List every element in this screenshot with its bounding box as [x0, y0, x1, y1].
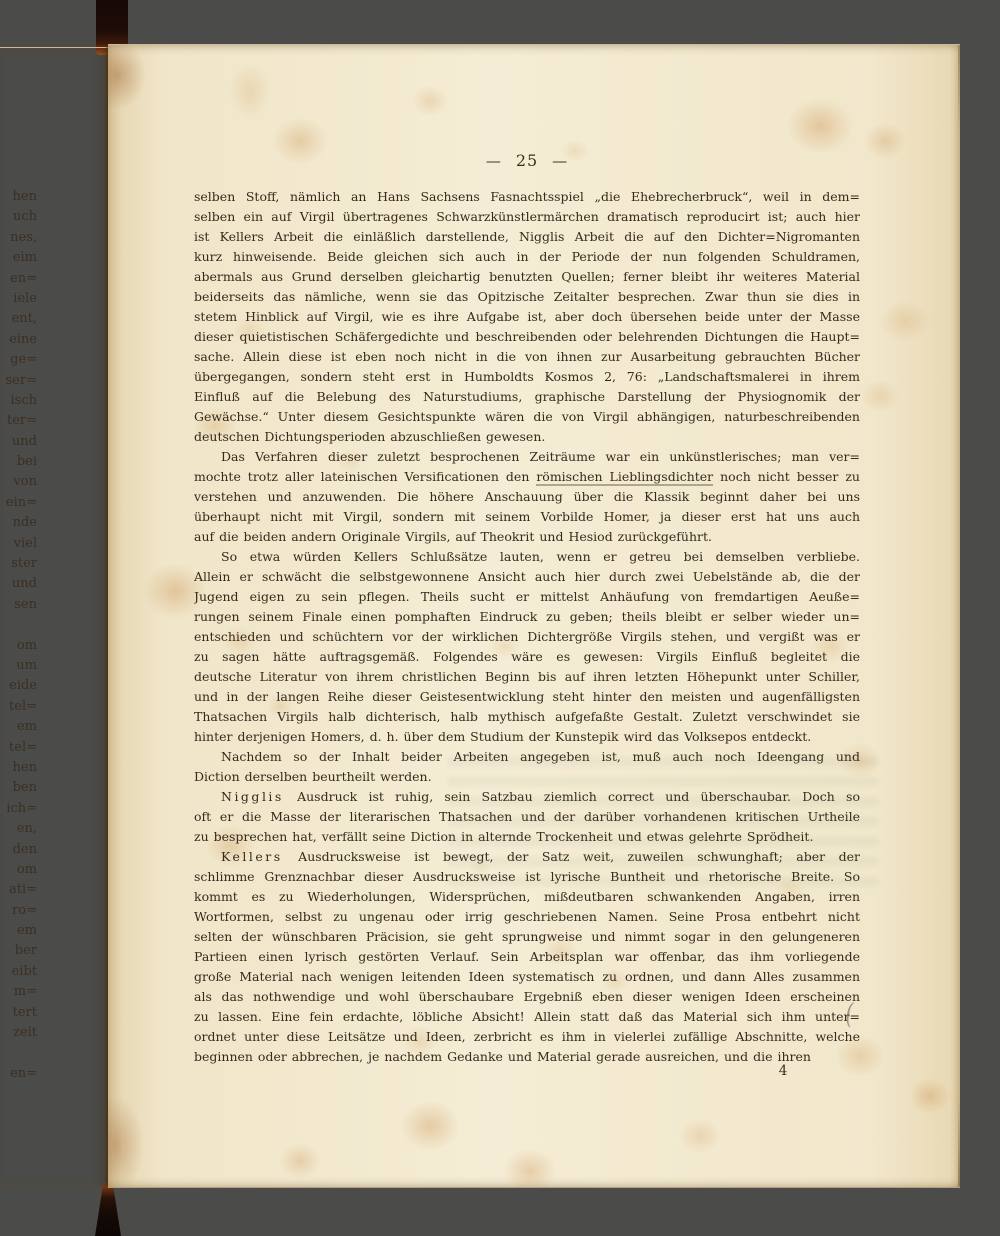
- text-line: Thatsachen Virgils halb dichterisch, hal…: [194, 707, 860, 727]
- text-segment: oft er die Masse der literarischen Thats…: [194, 809, 860, 824]
- book-page: —25— selben Stoff, nämlich an Hans Sachs…: [108, 44, 960, 1188]
- text-segment: Das Verfahren dieser zuletzt besprochene…: [221, 449, 860, 464]
- text-line: Allein er schwächt die selbstgewonnene A…: [194, 567, 860, 587]
- text-line: selten der wünschbaren Präcision, sie ge…: [194, 927, 860, 947]
- text-line: schlimme Grenznachbar dieser Ausdruckswe…: [194, 867, 860, 887]
- facing-page-fragment-line: m=: [0, 982, 37, 1002]
- text-line: hinter derjenigen Homers, d. h. über dem…: [194, 727, 860, 747]
- text-line: Wortformen, selbst zu ungenau oder irrig…: [194, 907, 860, 927]
- book-spine-bottom: [95, 1183, 121, 1236]
- facing-page-fragment-line: en,: [0, 819, 37, 839]
- text-line: Gewächse.“ Unter diesem Gesichtspunkte w…: [194, 407, 860, 427]
- text-segment: entschieden und schüchtern vor der wirkl…: [194, 629, 860, 644]
- text-segment: rungen seinem Finale einen pomphaften Ei…: [194, 609, 860, 624]
- text-segment: Nigglis: [221, 789, 286, 804]
- text-segment: zu besprechen hat, verfällt seine Dictio…: [194, 829, 813, 844]
- text-segment: noch nicht besser zu: [713, 469, 860, 484]
- facing-page-fragment-line: eide: [0, 676, 37, 696]
- text-segment: zu lassen. Eine fein erdachte, löbliche …: [194, 1009, 860, 1024]
- text-line: stetem Hinblick auf Virgil, wie es ihre …: [194, 307, 860, 327]
- header-dash-left: —: [486, 152, 502, 170]
- facing-page-fragment-line: und: [0, 574, 37, 594]
- facing-page-fragment-line: ben: [0, 778, 37, 798]
- facing-page-fragment-line: tel=: [0, 738, 37, 758]
- text-block: selben Stoff, nämlich an Hans Sachsens F…: [194, 187, 860, 1067]
- signature-mark: 4: [768, 1063, 798, 1079]
- facing-page-fragment-line: um: [0, 656, 37, 676]
- text-segment: Jugend eigen zu sein pflegen. Theils suc…: [194, 589, 860, 604]
- text-line: beiderseits das nämliche, wenn sie das O…: [194, 287, 860, 307]
- text-line: selben Stoff, nämlich an Hans Sachsens F…: [194, 187, 860, 207]
- text-segment: Partieen einen lyrisch gestörten Verlauf…: [194, 949, 860, 964]
- text-line: verstehen und anzuwenden. Die höhere Ans…: [194, 487, 860, 507]
- facing-page-fragment-line: [0, 615, 37, 635]
- text-segment: Thatsachen Virgils halb dichterisch, hal…: [194, 709, 860, 724]
- text-segment: selten der wünschbaren Präcision, sie ge…: [194, 929, 860, 944]
- text-line: deutsche Literatur von ihrem christliche…: [194, 667, 860, 687]
- text-line: Das Verfahren dieser zuletzt besprochene…: [194, 447, 860, 467]
- text-segment: deutsche Literatur von ihrem christliche…: [194, 669, 860, 684]
- facing-page-fragment-line: eine: [0, 330, 37, 350]
- text-line: Diction derselben beurtheilt werden.: [194, 767, 860, 787]
- text-segment: als das nothwendige und wohl überschauba…: [194, 989, 860, 1004]
- text-line: ordnet unter diese Leitsätze und Ideen, …: [194, 1027, 860, 1047]
- text-segment: Einfluß auf die Belebung des Naturstudiu…: [194, 389, 860, 404]
- page-number: 25: [516, 151, 538, 170]
- facing-page-fragment-line: ro=: [0, 901, 37, 921]
- text-line: kurz hinweisende. Beide gleichen sich au…: [194, 247, 860, 267]
- facing-page-fragment-line: hen: [0, 758, 37, 778]
- facing-page-fragment-line: om: [0, 636, 37, 656]
- text-segment: auf die beiden andern Originale Virgils,…: [194, 529, 712, 544]
- text-segment: verstehen und anzuwenden. Die höhere Ans…: [194, 489, 860, 504]
- text-line: auf die beiden andern Originale Virgils,…: [194, 527, 860, 547]
- facing-page-fragment-line: ich=: [0, 799, 37, 819]
- text-segment: übergegangen, sondern steht erst in Humb…: [194, 369, 860, 384]
- facing-page-fragment-line: und: [0, 432, 37, 452]
- text-segment: Wortformen, selbst zu ungenau oder irrig…: [194, 909, 860, 924]
- text-line: zu lassen. Eine fein erdachte, löbliche …: [194, 1007, 860, 1027]
- text-line: Einfluß auf die Belebung des Naturstudiu…: [194, 387, 860, 407]
- text-line: als das nothwendige und wohl überschauba…: [194, 987, 860, 1007]
- text-line: und in der langen Reihe dieser Geistesen…: [194, 687, 860, 707]
- facing-page-fragment-line: von: [0, 472, 37, 492]
- facing-page-fragment-line: tert: [0, 1003, 37, 1023]
- text-segment: abermals aus Grund derselben gleichartig…: [194, 269, 860, 284]
- text-line: Partieen einen lyrisch gestörten Verlauf…: [194, 947, 860, 967]
- facing-page-fragment-line: nes,: [0, 228, 37, 248]
- facing-page-fragment-line: ter=: [0, 411, 37, 431]
- facing-page-fragment-line: hen: [0, 187, 37, 207]
- text-line: entschieden und schüchtern vor der wirkl…: [194, 627, 860, 647]
- facing-page-fragment-line: [0, 1043, 37, 1063]
- text-segment: ist Kellers Arbeit die einläßlich darste…: [194, 229, 860, 244]
- text-segment: Kellers: [221, 849, 285, 864]
- text-segment: Gewächse.“ Unter diesem Gesichtspunkte w…: [194, 409, 860, 424]
- facing-page-fragment-line: eibt: [0, 962, 37, 982]
- text-line: Jugend eigen zu sein pflegen. Theils suc…: [194, 587, 860, 607]
- facing-page-fragment-line: ser=: [0, 371, 37, 391]
- text-line: überhaupt nicht mit Virgil, sondern mit …: [194, 507, 860, 527]
- text-segment: beiderseits das nämliche, wenn sie das O…: [194, 289, 860, 304]
- text-segment: deutschen Dichtungsperioden abzuschließe…: [194, 429, 545, 444]
- header-dash-right: —: [552, 152, 568, 170]
- text-segment: Diction derselben beurtheilt werden.: [194, 769, 432, 784]
- text-segment: schlimme Grenznachbar dieser Ausdruckswe…: [194, 869, 860, 884]
- text-segment: zu sagen hätte auftragsgemäß. Folgendes …: [194, 649, 860, 664]
- facing-page-fragment-line: zeit: [0, 1023, 37, 1043]
- text-line: große Material nach wenigen leitenden Id…: [194, 967, 860, 987]
- text-line: beginnen oder abbrechen, je nachdem Geda…: [194, 1047, 860, 1067]
- text-segment: überhaupt nicht mit Virgil, sondern mit …: [194, 509, 860, 524]
- text-segment: stetem Hinblick auf Virgil, wie es ihre …: [194, 309, 860, 324]
- facing-page-edge: henuchnes,eimen=ieleent,einege=ser=ischt…: [0, 47, 108, 1186]
- text-segment: So etwa würden Kellers Schlußsätze laute…: [221, 549, 860, 564]
- text-line: mochte trotz aller lateinischen Versific…: [194, 467, 860, 487]
- facing-page-text-fragments: henuchnes,eimen=ieleent,einege=ser=ischt…: [0, 187, 40, 1084]
- facing-page-fragment-line: uch: [0, 207, 37, 227]
- facing-page-fragment-line: ent,: [0, 309, 37, 329]
- text-line: zu sagen hätte auftragsgemäß. Folgendes …: [194, 647, 860, 667]
- text-segment: Allein er schwächt die selbstgewonnene A…: [194, 569, 860, 584]
- facing-page-fragment-line: sen: [0, 595, 37, 615]
- facing-page-fragment-line: viel: [0, 534, 37, 554]
- facing-page-fragment-line: den: [0, 840, 37, 860]
- text-line: oft er die Masse der literarischen Thats…: [194, 807, 860, 827]
- text-line: So etwa würden Kellers Schlußsätze laute…: [194, 547, 860, 567]
- text-segment: dieser quietistischen Schäfergedichte un…: [194, 329, 860, 344]
- text-line: sache. Allein diese ist eben noch nicht …: [194, 347, 860, 367]
- facing-page-fragment-line: ati=: [0, 880, 37, 900]
- text-line: Kellers Ausdrucksweise ist bewegt, der S…: [194, 847, 860, 867]
- text-line: Nigglis Ausdruck ist ruhig, sein Satzbau…: [194, 787, 860, 807]
- text-segment: und in der langen Reihe dieser Geistesen…: [194, 689, 860, 704]
- page-header: —25—: [194, 151, 860, 170]
- facing-page-fragment-line: ber: [0, 941, 37, 961]
- scan-background: henuchnes,eimen=ieleent,einege=ser=ischt…: [0, 0, 1000, 1236]
- facing-page-fragment-line: isch: [0, 391, 37, 411]
- text-line: zu besprechen hat, verfällt seine Dictio…: [194, 827, 860, 847]
- text-segment: hinter derjenigen Homers, d. h. über dem…: [194, 729, 811, 744]
- facing-page-fragment-line: ge=: [0, 350, 37, 370]
- text-line: abermals aus Grund derselben gleichartig…: [194, 267, 860, 287]
- facing-page-fragment-line: nde: [0, 513, 37, 533]
- facing-page-fragment-line: iele: [0, 289, 37, 309]
- text-segment: große Material nach wenigen leitenden Id…: [194, 969, 860, 984]
- text-line: deutschen Dichtungsperioden abzuschließe…: [194, 427, 860, 447]
- text-segment: selben Stoff, nämlich an Hans Sachsens F…: [194, 189, 860, 204]
- text-segment: ordnet unter diese Leitsätze und Ideen, …: [194, 1029, 860, 1044]
- facing-page-fragment-line: tel=: [0, 697, 37, 717]
- facing-page-fragment-line: en=: [0, 269, 37, 289]
- text-segment: selben ein auf Virgil übertragenes Schwa…: [194, 209, 860, 224]
- text-line: Nachdem so der Inhalt beider Arbeiten an…: [194, 747, 860, 767]
- text-segment: mochte trotz aller lateinischen Versific…: [194, 469, 536, 484]
- text-line: ist Kellers Arbeit die einläßlich darste…: [194, 227, 860, 247]
- text-segment: Ausdruck ist ruhig, sein Satzbau ziemlic…: [286, 789, 860, 804]
- facing-page-fragment-line: ein=: [0, 493, 37, 513]
- text-segment: Ausdrucksweise ist bewegt, der Satz weit…: [285, 849, 860, 864]
- facing-page-fragment-line: bei: [0, 452, 37, 472]
- facing-page-fragment-line: om: [0, 860, 37, 880]
- text-segment: kommt es zu Wiederholungen, Widersprüche…: [194, 889, 860, 904]
- text-line: kommt es zu Wiederholungen, Widersprüche…: [194, 887, 860, 907]
- facing-page-fragment-line: em: [0, 717, 37, 737]
- text-segment: sache. Allein diese ist eben noch nicht …: [194, 349, 860, 364]
- facing-page-fragment-line: ster: [0, 554, 37, 574]
- text-line: dieser quietistischen Schäfergedichte un…: [194, 327, 860, 347]
- facing-page-fragment-line: em: [0, 921, 37, 941]
- text-line: rungen seinem Finale einen pomphaften Ei…: [194, 607, 860, 627]
- pencil-underlined-text: römischen Lieblingsdichter: [536, 469, 713, 486]
- text-line: selben ein auf Virgil übertragenes Schwa…: [194, 207, 860, 227]
- facing-page-fragment-line: eim: [0, 248, 37, 268]
- text-segment: beginnen oder abbrechen, je nachdem Geda…: [194, 1049, 811, 1064]
- text-segment: Nachdem so der Inhalt beider Arbeiten an…: [221, 749, 860, 764]
- facing-page-fragment-line: en=: [0, 1064, 37, 1084]
- text-line: übergegangen, sondern steht erst in Humb…: [194, 367, 860, 387]
- text-segment: kurz hinweisende. Beide gleichen sich au…: [194, 249, 860, 264]
